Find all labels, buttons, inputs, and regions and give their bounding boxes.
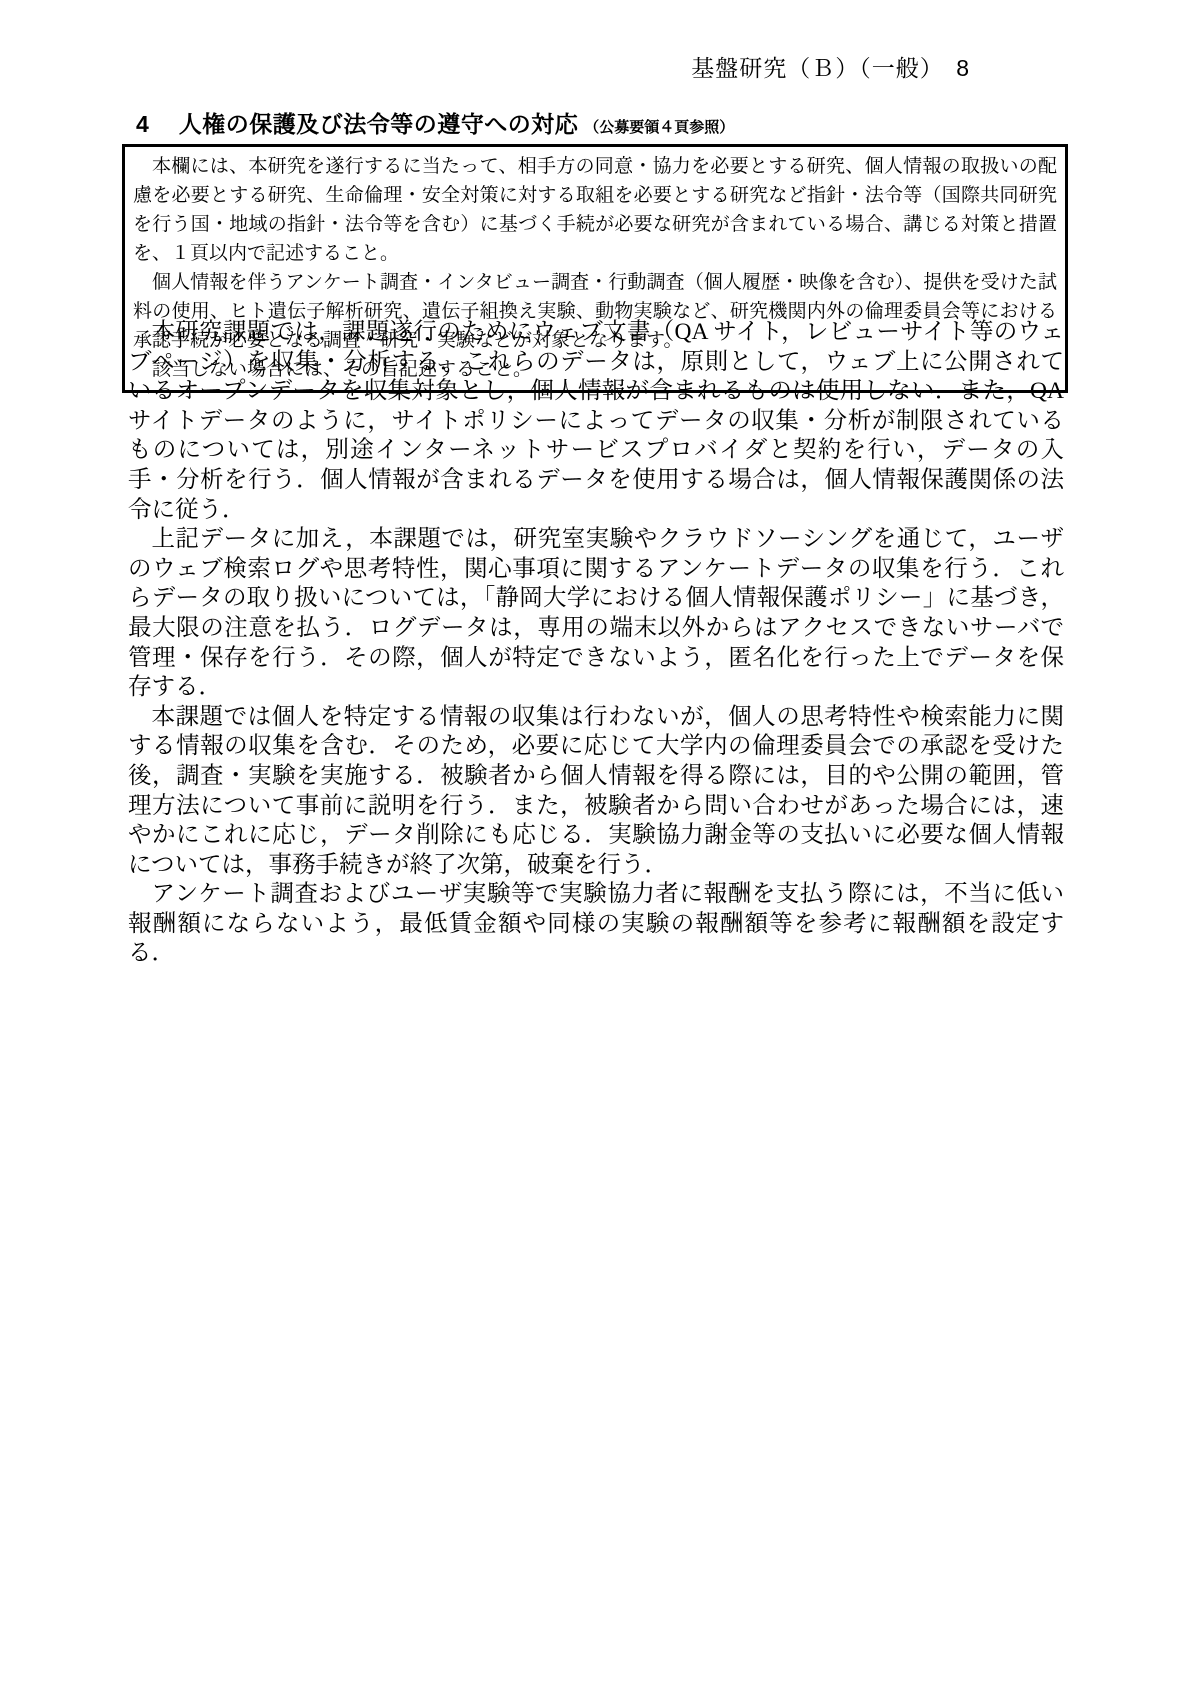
section-number: 4 (136, 111, 149, 138)
body-text: 本研究課題では，課題遂行のためにウェブ文書（QA サイト，レビューサイト等のウェ… (128, 318, 1064, 969)
page-header-right: 基盤研究（Ｂ）（一般） 8 (0, 50, 970, 83)
body-paragraph: アンケート調査およびユーザ実験等で実験協力者に報酬を支払う際には，不当に低い報酬… (128, 880, 1064, 969)
body-paragraph: 本課題では個人を特定する情報の収集は行わないが，個人の思考特性や検索能力に関する… (128, 703, 1064, 881)
section-title: 人権の保護及び法令等の遵守への対応 (179, 106, 579, 139)
section-note: （公募要領４頁参照） (584, 116, 734, 137)
instruction-paragraph: 本欄には、本研究を遂行するに当たって、相手方の同意・協力を必要とする研究、個人情… (133, 152, 1057, 268)
body-paragraph: 本研究課題では，課題遂行のためにウェブ文書（QA サイト，レビューサイト等のウェ… (128, 318, 1064, 525)
body-paragraph: 上記データに加え，本課題では，研究室実験やクラウドソーシングを通じて，ユーザのウ… (128, 525, 1064, 703)
section-heading: 4 人権の保護及び法令等の遵守への対応 （公募要領４頁参照） (136, 106, 1068, 139)
document-page: 基盤研究（Ｂ）（一般） 8 4 人権の保護及び法令等の遵守への対応 （公募要領４… (0, 0, 1191, 1684)
